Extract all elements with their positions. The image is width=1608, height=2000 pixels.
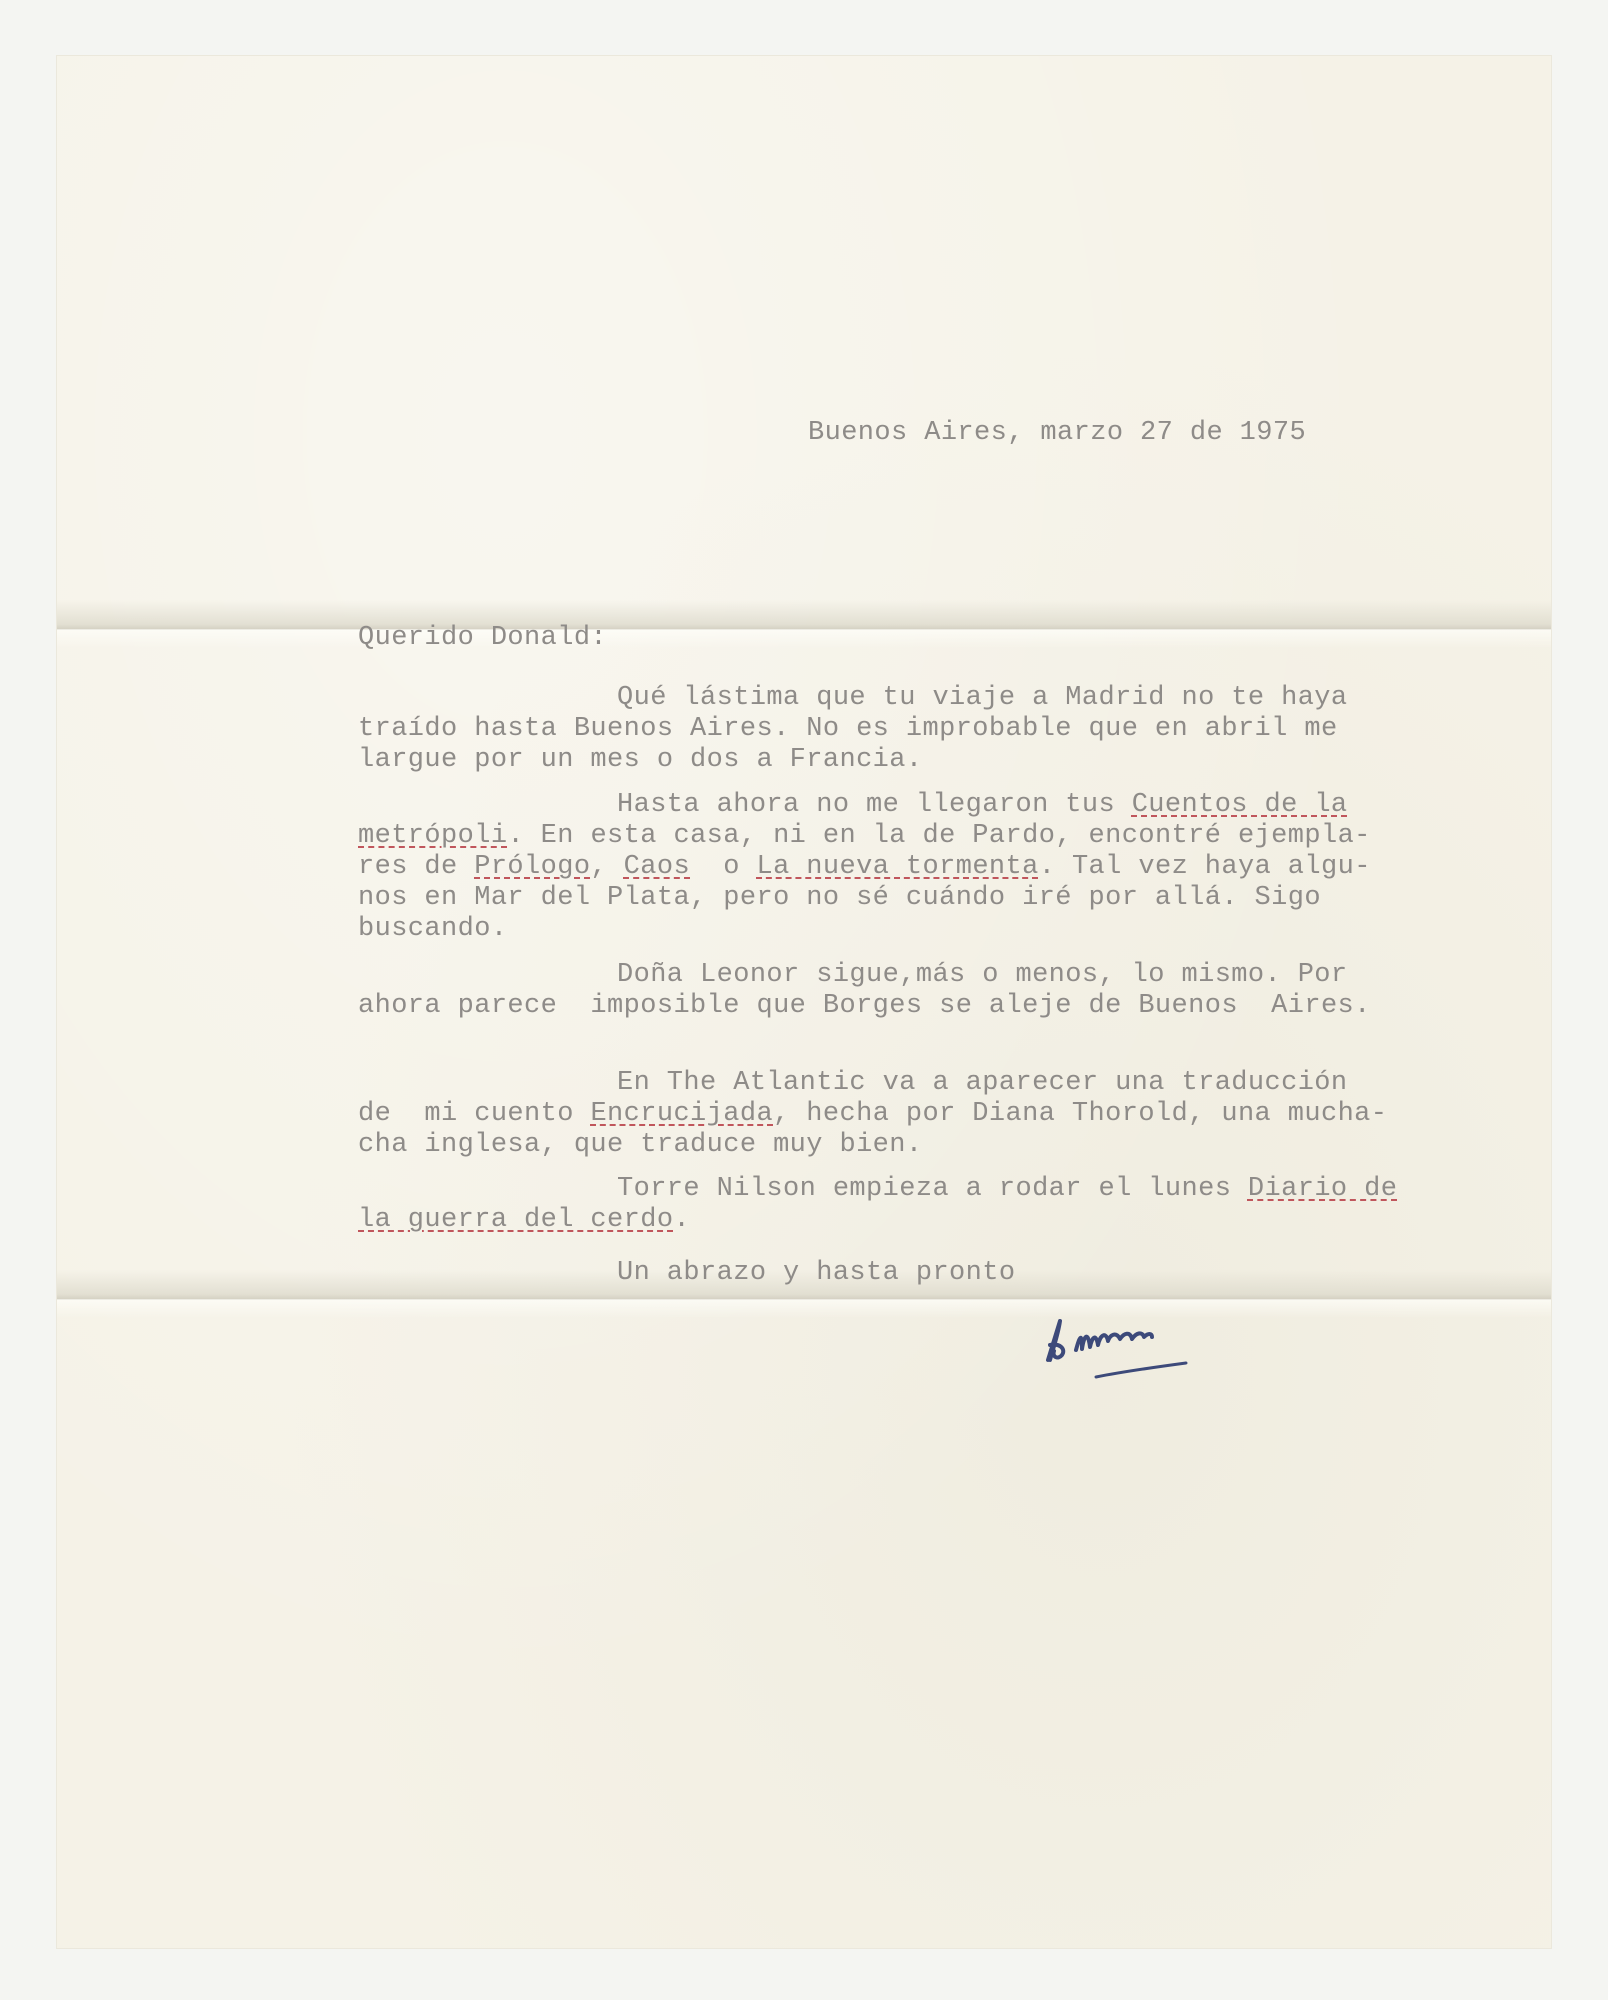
underlined-title: Cuentos de la [1132, 790, 1348, 820]
underlined-title: La nueva tormenta [757, 852, 1039, 882]
text-segment: , hecha por Diana Thorold, una mucha- [773, 1099, 1387, 1129]
underlined-title: la guerra del cerdo [358, 1205, 673, 1235]
text-segment: res de [358, 852, 474, 882]
fold-line [57, 600, 1551, 630]
text-segment: nos en Mar del Plata, pero no sé cuándo … [358, 883, 1321, 913]
letter-line: Hasta ahora no me llegaron tus Cuentos d… [617, 790, 1348, 821]
letter-line: largue por un mes o dos a Francia. [358, 745, 923, 776]
letter-line: Torre Nilson empieza a rodar el lunes Di… [617, 1174, 1397, 1205]
fold-highlight [57, 1300, 1551, 1318]
text-segment: , [590, 852, 623, 882]
fold-highlight [57, 630, 1551, 648]
text-segment: . [673, 1205, 690, 1235]
text-segment: Torre Nilson empieza a rodar el lunes [617, 1174, 1248, 1204]
text-segment: . En esta casa, ni en la de Pardo, encon… [507, 821, 1370, 851]
letter-line: Doña Leonor sigue,más o menos, lo mismo.… [617, 960, 1348, 991]
signature-icon [1036, 1305, 1216, 1385]
letter-line: de mi cuento Encrucijada, hecha por Dian… [358, 1099, 1387, 1130]
letter-line: En The Atlantic va a aparecer una traduc… [617, 1068, 1348, 1099]
text-segment: Doña Leonor sigue,más o menos, lo mismo.… [617, 960, 1348, 990]
underlined-title: Encrucijada [590, 1099, 773, 1129]
underlined-title: Prólogo [474, 852, 590, 882]
letter-line: nos en Mar del Plata, pero no sé cuándo … [358, 883, 1321, 914]
place-date: Buenos Aires, marzo 27 de 1975 [808, 418, 1306, 449]
salutation: Querido Donald: [358, 623, 607, 654]
letter-line: Qué lástima que tu viaje a Madrid no te … [617, 683, 1348, 714]
text-segment: Qué lástima que tu viaje a Madrid no te … [617, 683, 1348, 713]
text-segment: buscando. [358, 914, 507, 944]
text-segment: En The Atlantic va a aparecer una traduc… [617, 1068, 1348, 1098]
underlined-title: Diario de [1248, 1174, 1397, 1204]
text-segment: traído hasta Buenos Aires. No es improba… [358, 714, 1338, 744]
text-segment: de mi cuento [358, 1099, 590, 1129]
letter-line: buscando. [358, 914, 507, 945]
text-segment: largue por un mes o dos a Francia. [358, 745, 923, 775]
text-segment: o [690, 852, 756, 882]
letter-line: metrópoli. En esta casa, ni en la de Par… [358, 821, 1371, 852]
letter-line: res de Prólogo, Caos o La nueva tormenta… [358, 852, 1371, 883]
letter-line: ahora parece imposible que Borges se ale… [358, 991, 1371, 1022]
letter-line: traído hasta Buenos Aires. No es improba… [358, 714, 1338, 745]
underlined-title: metrópoli [358, 821, 507, 851]
text-segment: ahora parece imposible que Borges se ale… [358, 991, 1371, 1021]
text-segment: cha inglesa, que traduce muy bien. [358, 1130, 923, 1160]
underlined-title: Caos [624, 852, 690, 882]
closing: Un abrazo y hasta pronto [617, 1258, 1015, 1289]
text-segment: . Tal vez haya algu- [1039, 852, 1371, 882]
letter-line: cha inglesa, que traduce muy bien. [358, 1130, 923, 1161]
letter-line: la guerra del cerdo. [358, 1205, 690, 1236]
text-segment: Hasta ahora no me llegaron tus [617, 790, 1132, 820]
